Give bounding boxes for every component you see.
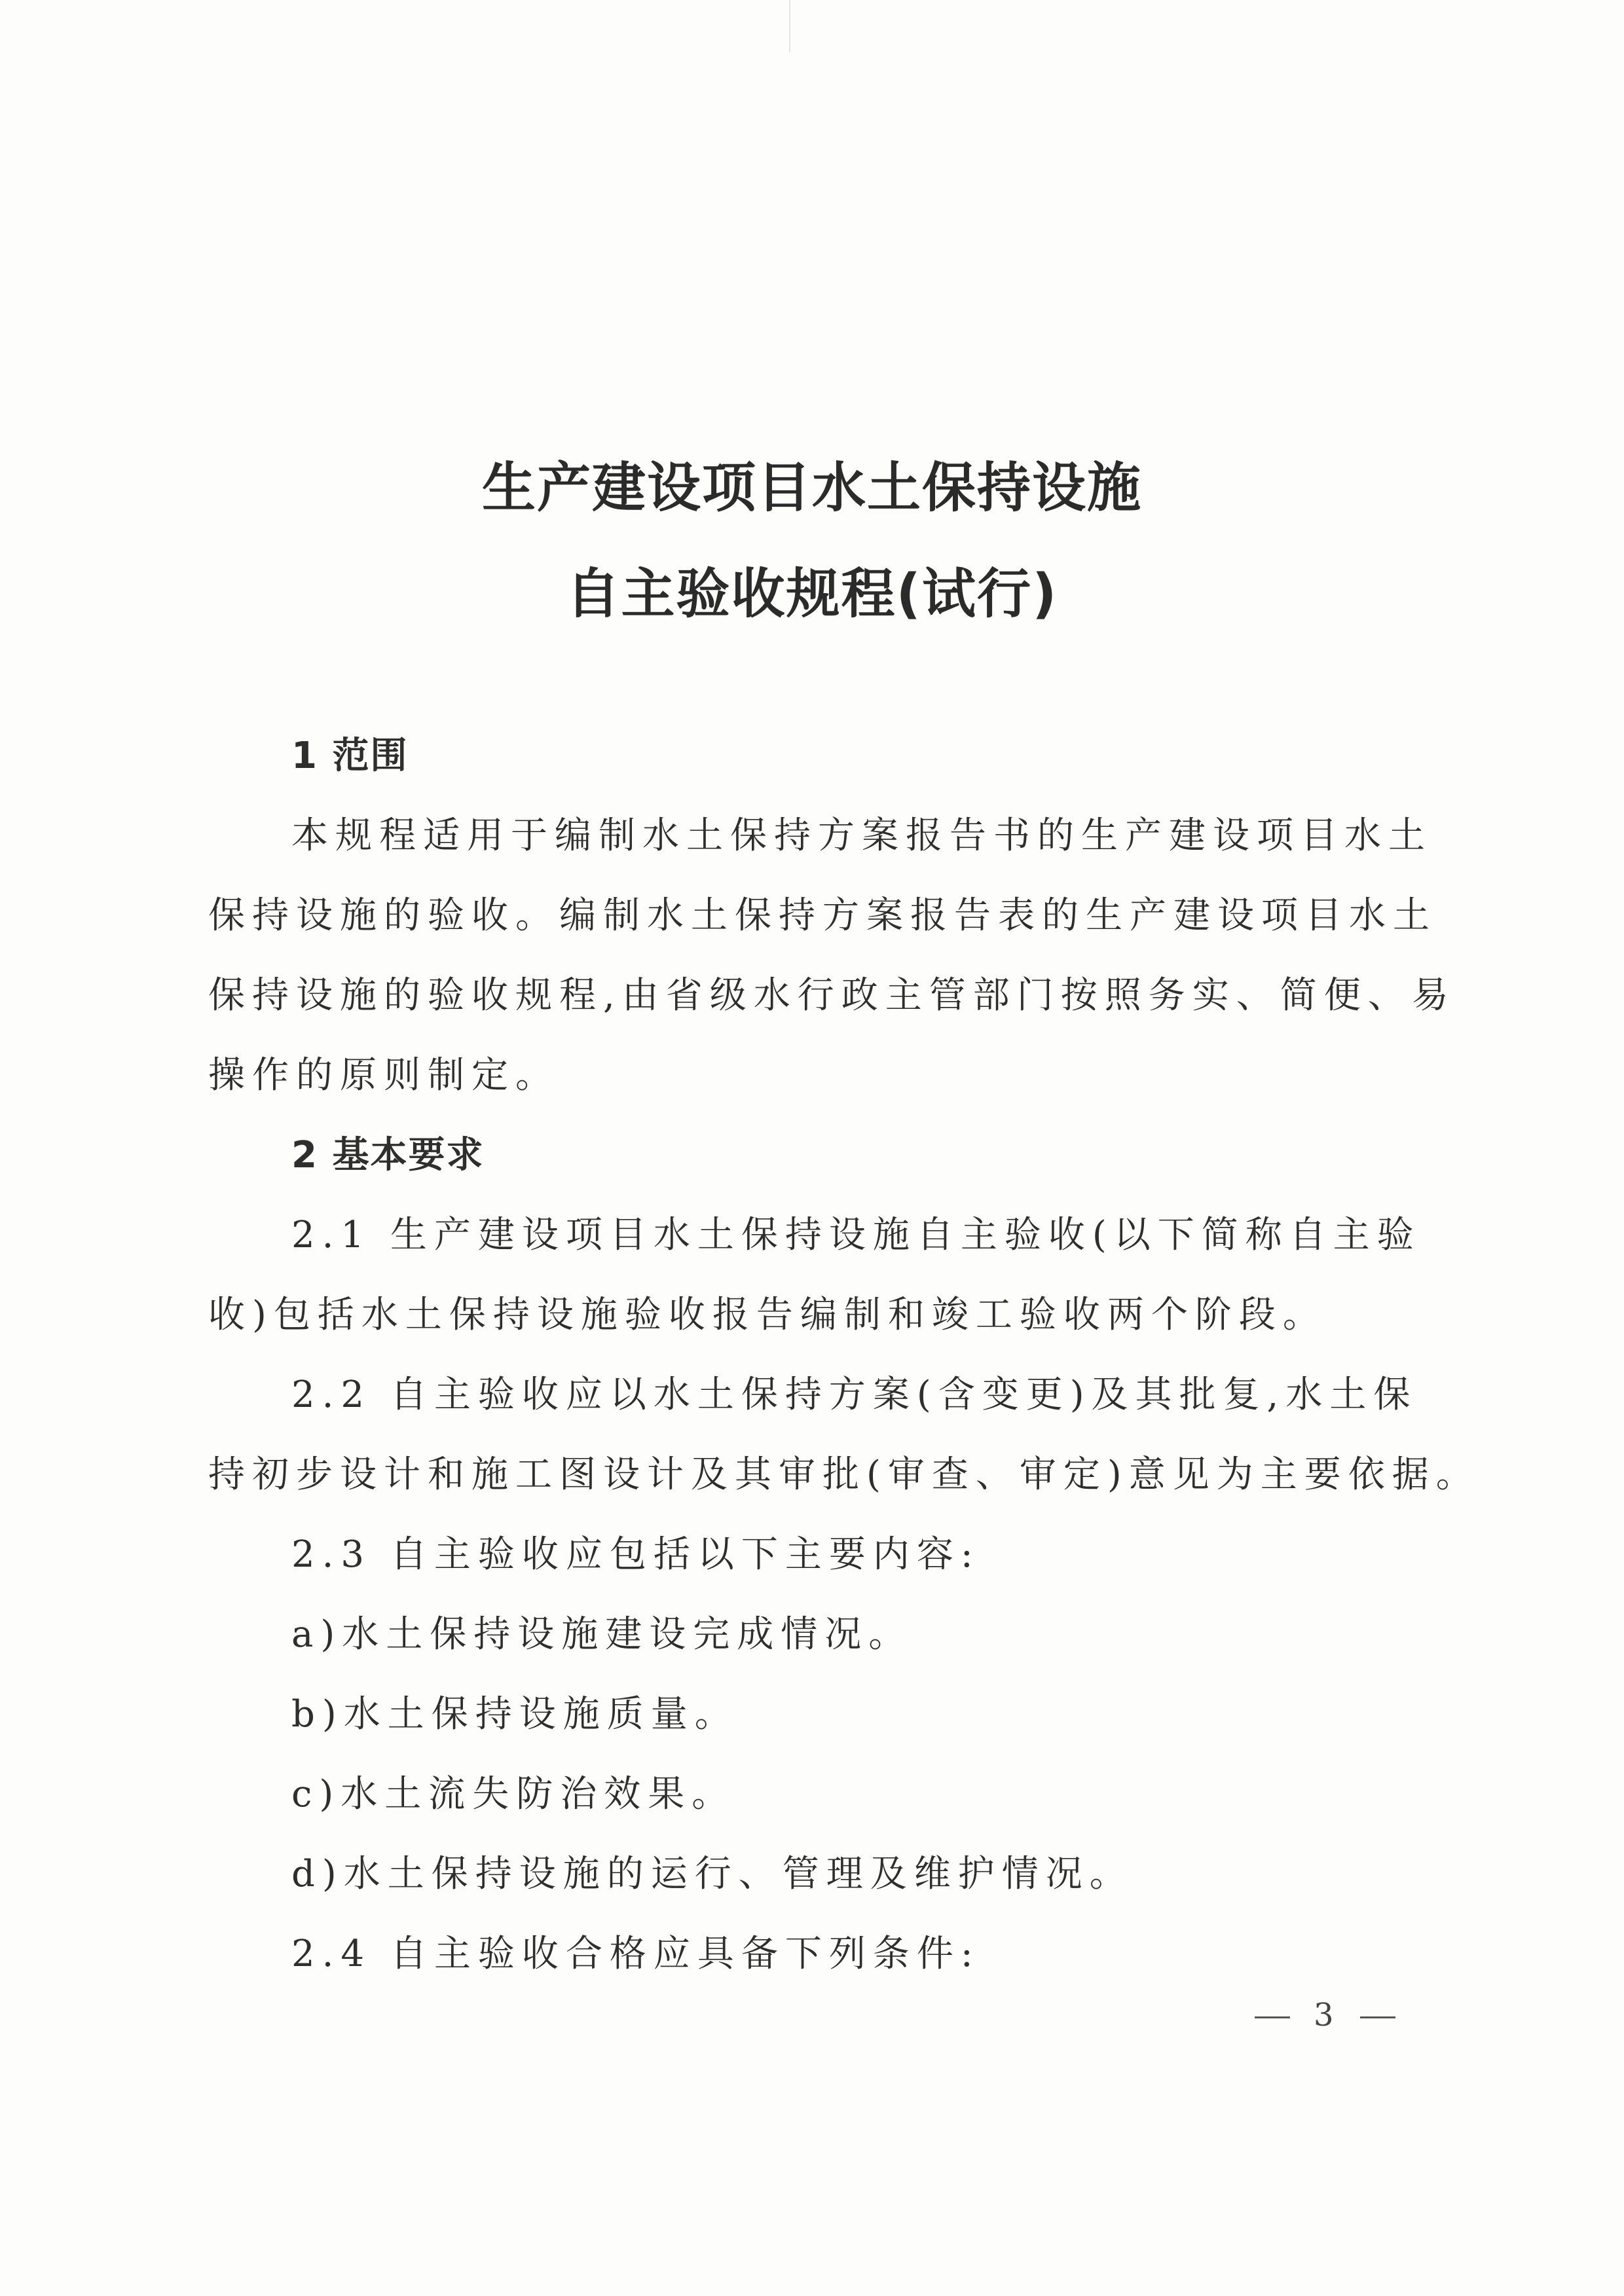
paragraph-line: 保持设施的验收规程,由省级水行政主管部门按照务实、简便、易 (208, 966, 1456, 1019)
dash-left (1255, 2016, 1290, 2018)
section-heading-scope: 1 范围 (291, 727, 408, 779)
paragraph-line: 保持设施的验收。编制水土保持方案报告表的生产建设项目水土 (208, 886, 1437, 939)
paragraph-line: 操作的原则制定。 (208, 1046, 559, 1099)
paragraph-line: 本规程适用于编制水土保持方案报告书的生产建设项目水土 (291, 807, 1432, 859)
list-item: b)水土保持设施质量。 (291, 1685, 739, 1738)
list-item: d)水土保持设施的运行、管理及维护情况。 (291, 1845, 1134, 1897)
document-title-line-2: 自主验收规程(试行) (0, 551, 1624, 628)
paragraph-line: 2.4 自主验收合格应具备下列条件: (291, 1925, 980, 1977)
page-number: 3 (1231, 1997, 1419, 2033)
list-item: c)水土流失防治效果。 (291, 1765, 735, 1817)
scan-artifact (789, 0, 790, 52)
paragraph-line: 2.1 生产建设项目水土保持设施自主验收(以下简称自主验 (291, 1206, 1421, 1258)
document-title-line-1: 生产建设项目水土保持设施 (0, 445, 1624, 522)
paragraph-line: 收)包括水土保持设施验收报告编制和竣工验收两个阶段。 (208, 1286, 1327, 1338)
document-page: 生产建设项目水土保持设施 自主验收规程(试行) 1 范围 本规程适用于编制水土保… (0, 0, 1624, 2296)
paragraph-line: 2.3 自主验收应包括以下主要内容: (291, 1525, 980, 1578)
paragraph-line: 持初步设计和施工图设计及其审批(审查、审定)意见为主要依据。 (208, 1446, 1480, 1498)
page-number-value: 3 (1314, 1997, 1337, 2033)
section-heading-basic-requirements: 2 基本要求 (291, 1126, 484, 1178)
paragraph-line: 2.2 自主验收应以水土保持方案(含变更)及其批复,水土保 (291, 1366, 1417, 1418)
list-item: a)水土保持设施建设完成情况。 (291, 1605, 912, 1658)
dash-right (1360, 2016, 1395, 2018)
